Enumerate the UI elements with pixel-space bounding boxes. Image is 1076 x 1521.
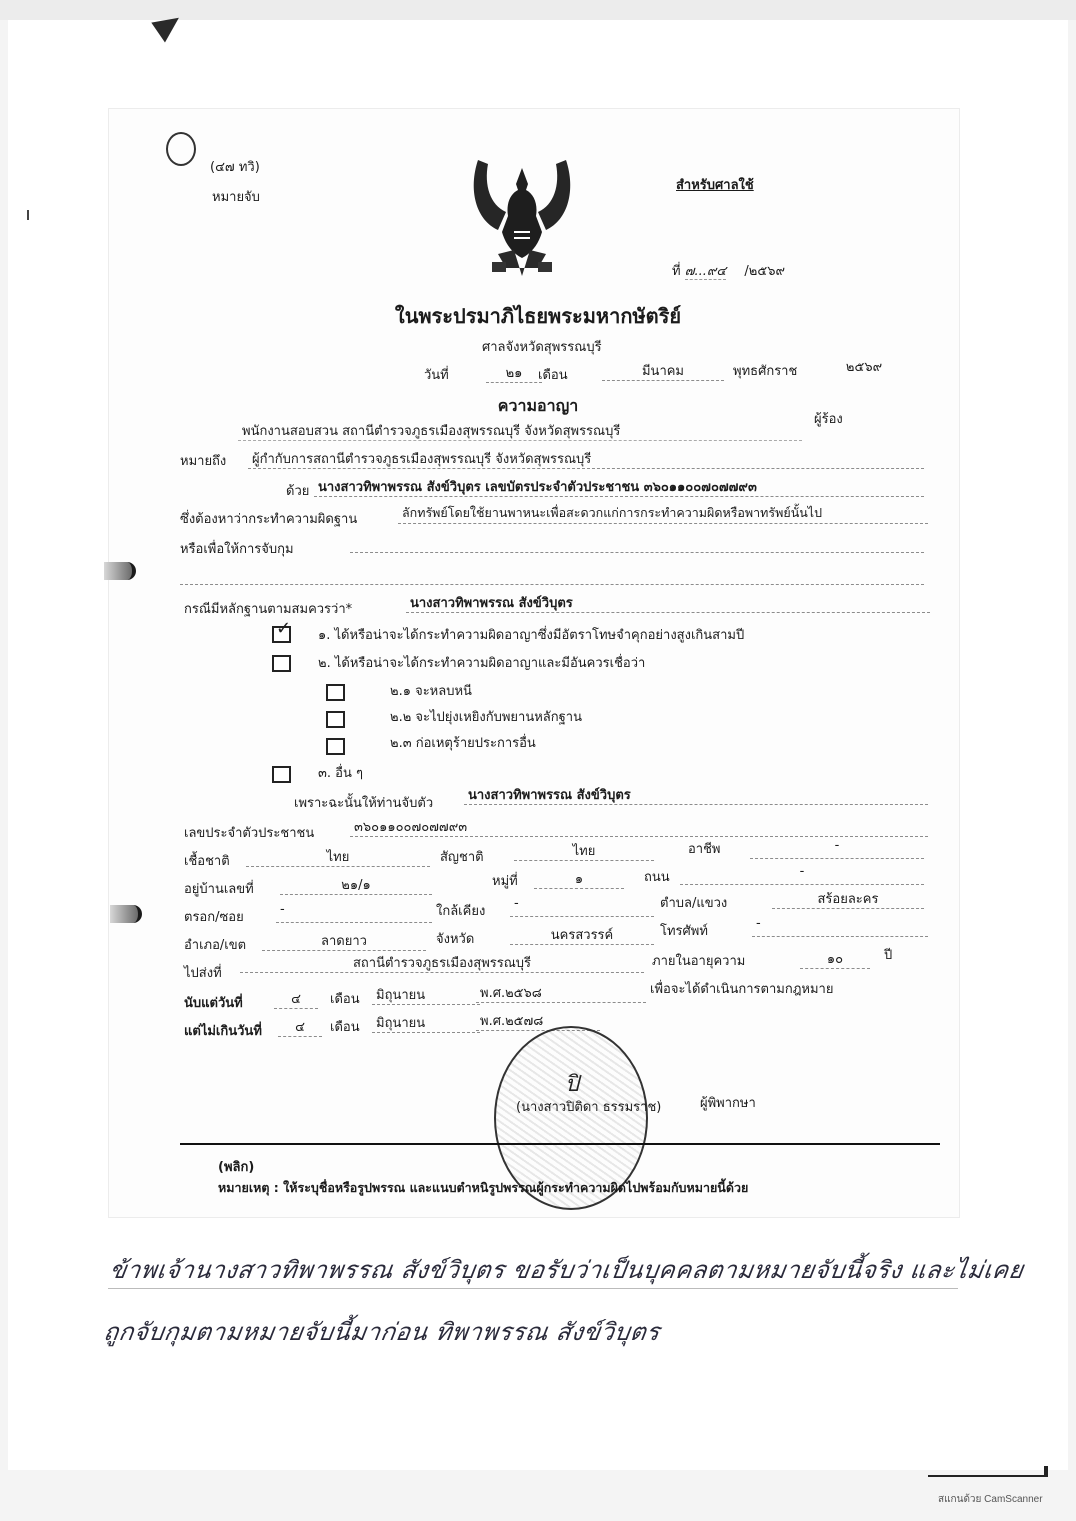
district-label: อำเภอ/เขต <box>184 934 246 955</box>
ground-3-label: ๓. อื่น ๆ <box>318 762 363 783</box>
arrest-name: นางสาวทิพาพรรณ สังข์วิบุตร <box>464 784 928 805</box>
race-label: เชื้อชาติ <box>184 850 230 871</box>
province-label: จังหวัด <box>436 928 474 949</box>
ground-2-label: ๒. ได้หรือน่าจะได้กระทำความผิดอาญาและมีอ… <box>318 652 645 673</box>
near-value: - <box>510 896 654 917</box>
flip-note: (พลิก) <box>218 1156 254 1177</box>
court-name: ศาลจังหวัดสุพรรณบุรี <box>482 336 602 357</box>
ground-2-3-label: ๒.๓ ก่อเหตุร้ายประการอื่น <box>390 732 536 753</box>
handwritten-note-line-1: ข้าพเจ้านางสาวทิพาพรรณ สังข์วิบุตร ขอรับ… <box>107 1250 1026 1289</box>
scanner-credit: สแกนด้วย CamScanner <box>938 1492 1043 1507</box>
charge-blank-line <box>350 532 924 553</box>
warrant-to-label: หมายถึง <box>180 450 226 471</box>
court-use-label: สำหรับศาลใช้ <box>676 174 754 195</box>
id-number: ๓๖๐๑๑๐๐๗๐๗๗๙๓ <box>350 816 928 837</box>
date-year: ๒๕๖๙ <box>814 356 914 376</box>
until-label: แต่ไม่เกินวันที่ <box>184 1020 262 1041</box>
royal-heading: ในพระปรมาภิไธยพระมหากษัตริย์ <box>0 300 1076 332</box>
until-month-label: เดือน <box>330 1016 360 1037</box>
deliver-to-value: สถานีตำรวจภูธรเมืองสุพรรณบุรี <box>240 952 644 973</box>
from-month-label: เดือน <box>330 988 360 1009</box>
arrest-label: เพราะฉะนั้นให้ท่านจับตัว <box>294 792 433 813</box>
ground-3-checkbox[interactable] <box>272 766 291 783</box>
grounds-name: นางสาวทิพาพรรณ สังข์วิบุตร <box>406 592 930 613</box>
form-code: (๔๗ ทวิ) <box>210 156 260 177</box>
case-type: ความอาญา <box>0 394 1076 419</box>
alley-value: - <box>276 902 432 923</box>
grounds-label: กรณีมีหลักฐานตามสมควรว่า* <box>184 598 352 619</box>
until-day: ๔ <box>278 1016 322 1037</box>
near-label: ใกล้เคียง <box>436 900 485 921</box>
occupation-label: อาชีพ <box>688 838 721 859</box>
province-value: นครสวรรค์ <box>510 924 654 945</box>
date-day-label: วันที่ <box>424 364 449 385</box>
id-label: เลขประจำตัวประชาชน <box>184 822 314 843</box>
charge-continued: หรือเพื่อให้การจับกุม <box>180 538 294 559</box>
case-number-value: ๗...๙๔ <box>685 264 727 280</box>
subdistrict-label: ตำบล/แขวง <box>660 892 727 913</box>
occupation-value: - <box>750 838 924 859</box>
subdistrict-value: สร้อยละคร <box>772 888 924 909</box>
hole-punch-circle <box>166 132 196 166</box>
deliver-to-label: ไปส่งที่ <box>184 962 222 983</box>
phone-label: โทรศัพท์ <box>660 920 708 941</box>
district-value: ลาดยาว <box>262 930 426 951</box>
divider-line <box>180 1143 940 1145</box>
warrant-to: ผู้กำกับการสถานีตำรวจภูธรเมืองสุพรรณบุรี… <box>248 448 924 469</box>
date-day: ๒๑ <box>486 362 542 383</box>
phone-value: - <box>752 916 928 937</box>
charge: ลักทรัพย์โดยใช้ยานพาหนะเพื่อสะดวกแก่การก… <box>398 503 928 524</box>
race-value: ไทย <box>246 846 430 867</box>
ground-1-checkbox[interactable]: ✓ <box>272 626 291 643</box>
binder-ring-icon <box>104 562 136 580</box>
judge-name: (นางสาวปิติดา ธรรมราช) <box>516 1096 661 1117</box>
date-month-label: เดือน <box>538 364 568 385</box>
subject-line-label: ด้วย <box>286 480 309 501</box>
house-no-value: ๒๑/๑ <box>280 874 432 895</box>
petitioner-label: ผู้ร้อง <box>814 408 843 429</box>
paper-edge-line <box>108 1288 958 1289</box>
subject-line: นางสาวทิพาพรรณ สังข์วิบุตร เลขบัตรประจำต… <box>314 476 924 497</box>
statute-unit: ปี <box>884 944 892 965</box>
from-year: พ.ศ.๒๕๖๘ <box>476 982 646 1003</box>
scan-corner-mark <box>1044 1466 1048 1477</box>
form-type: หมายจับ <box>212 186 260 207</box>
scan-top-margin <box>0 0 1076 20</box>
ground-2-1-checkbox[interactable] <box>326 684 345 701</box>
purpose-text: เพื่อจะได้ดำเนินการตามกฎหมาย <box>650 978 833 999</box>
nationality-label: สัญชาติ <box>440 846 484 867</box>
handwritten-note-line-2: ถูกจับกุมตามหมายจับนี้มาก่อน ทิพาพรรณ สั… <box>101 1312 662 1351</box>
binder-ring-icon <box>110 905 142 923</box>
remark: หมายเหตุ : ให้ระบุชื่อหรือรูปพรรณ และแนบ… <box>218 1178 748 1198</box>
road-label: ถนน <box>644 866 670 887</box>
from-day: ๔ <box>274 988 318 1009</box>
case-number-prefix: ที่ <box>672 264 681 279</box>
edge-mark <box>27 210 29 220</box>
ground-2-2-label: ๒.๒ จะไปยุ่งเหยิงกับพยานหลักฐาน <box>390 706 582 727</box>
case-number-year: /๒๕๖๙ <box>744 264 785 279</box>
moo-label: หมู่ที่ <box>492 870 518 891</box>
petitioner: พนักงานสอบสวน สถานีตำรวจภูธรเมืองสุพรรณบ… <box>238 420 802 441</box>
ground-2-checkbox[interactable] <box>272 655 291 672</box>
statute-label: ภายในอายุความ <box>652 950 745 971</box>
judge-title: ผู้พิพากษา <box>700 1092 756 1113</box>
check-mark-icon: ✓ <box>276 618 291 639</box>
house-no-label: อยู่บ้านเลขที่ <box>184 878 254 899</box>
nationality-value: ไทย <box>514 840 654 861</box>
from-month: มิถุนายน <box>372 984 480 1005</box>
ground-2-3-checkbox[interactable] <box>326 738 345 755</box>
ground-2-1-label: ๒.๑ จะหลบหนี <box>390 680 472 701</box>
road-value: - <box>680 864 924 885</box>
scan-bottom-edge <box>928 1475 1048 1477</box>
statute-value: ๑๐ <box>800 948 870 969</box>
ground-2-2-checkbox[interactable] <box>326 711 345 728</box>
blank-line <box>180 564 924 585</box>
date-month: มีนาคม <box>602 360 724 381</box>
garuda-emblem-icon <box>468 150 576 290</box>
ground-1-label: ๑. ได้หรือน่าจะได้กระทำความผิดอาญาซึ่งมี… <box>318 624 744 645</box>
from-label: นับแต่วันที่ <box>184 992 243 1013</box>
date-year-label: พุทธศักราช <box>733 360 797 381</box>
alley-label: ตรอก/ซอย <box>184 906 244 927</box>
charge-label: ซึ่งต้องหาว่ากระทำความผิดฐาน <box>180 508 357 529</box>
moo-value: ๑ <box>534 868 624 889</box>
until-month: มิถุนายน <box>372 1012 480 1033</box>
